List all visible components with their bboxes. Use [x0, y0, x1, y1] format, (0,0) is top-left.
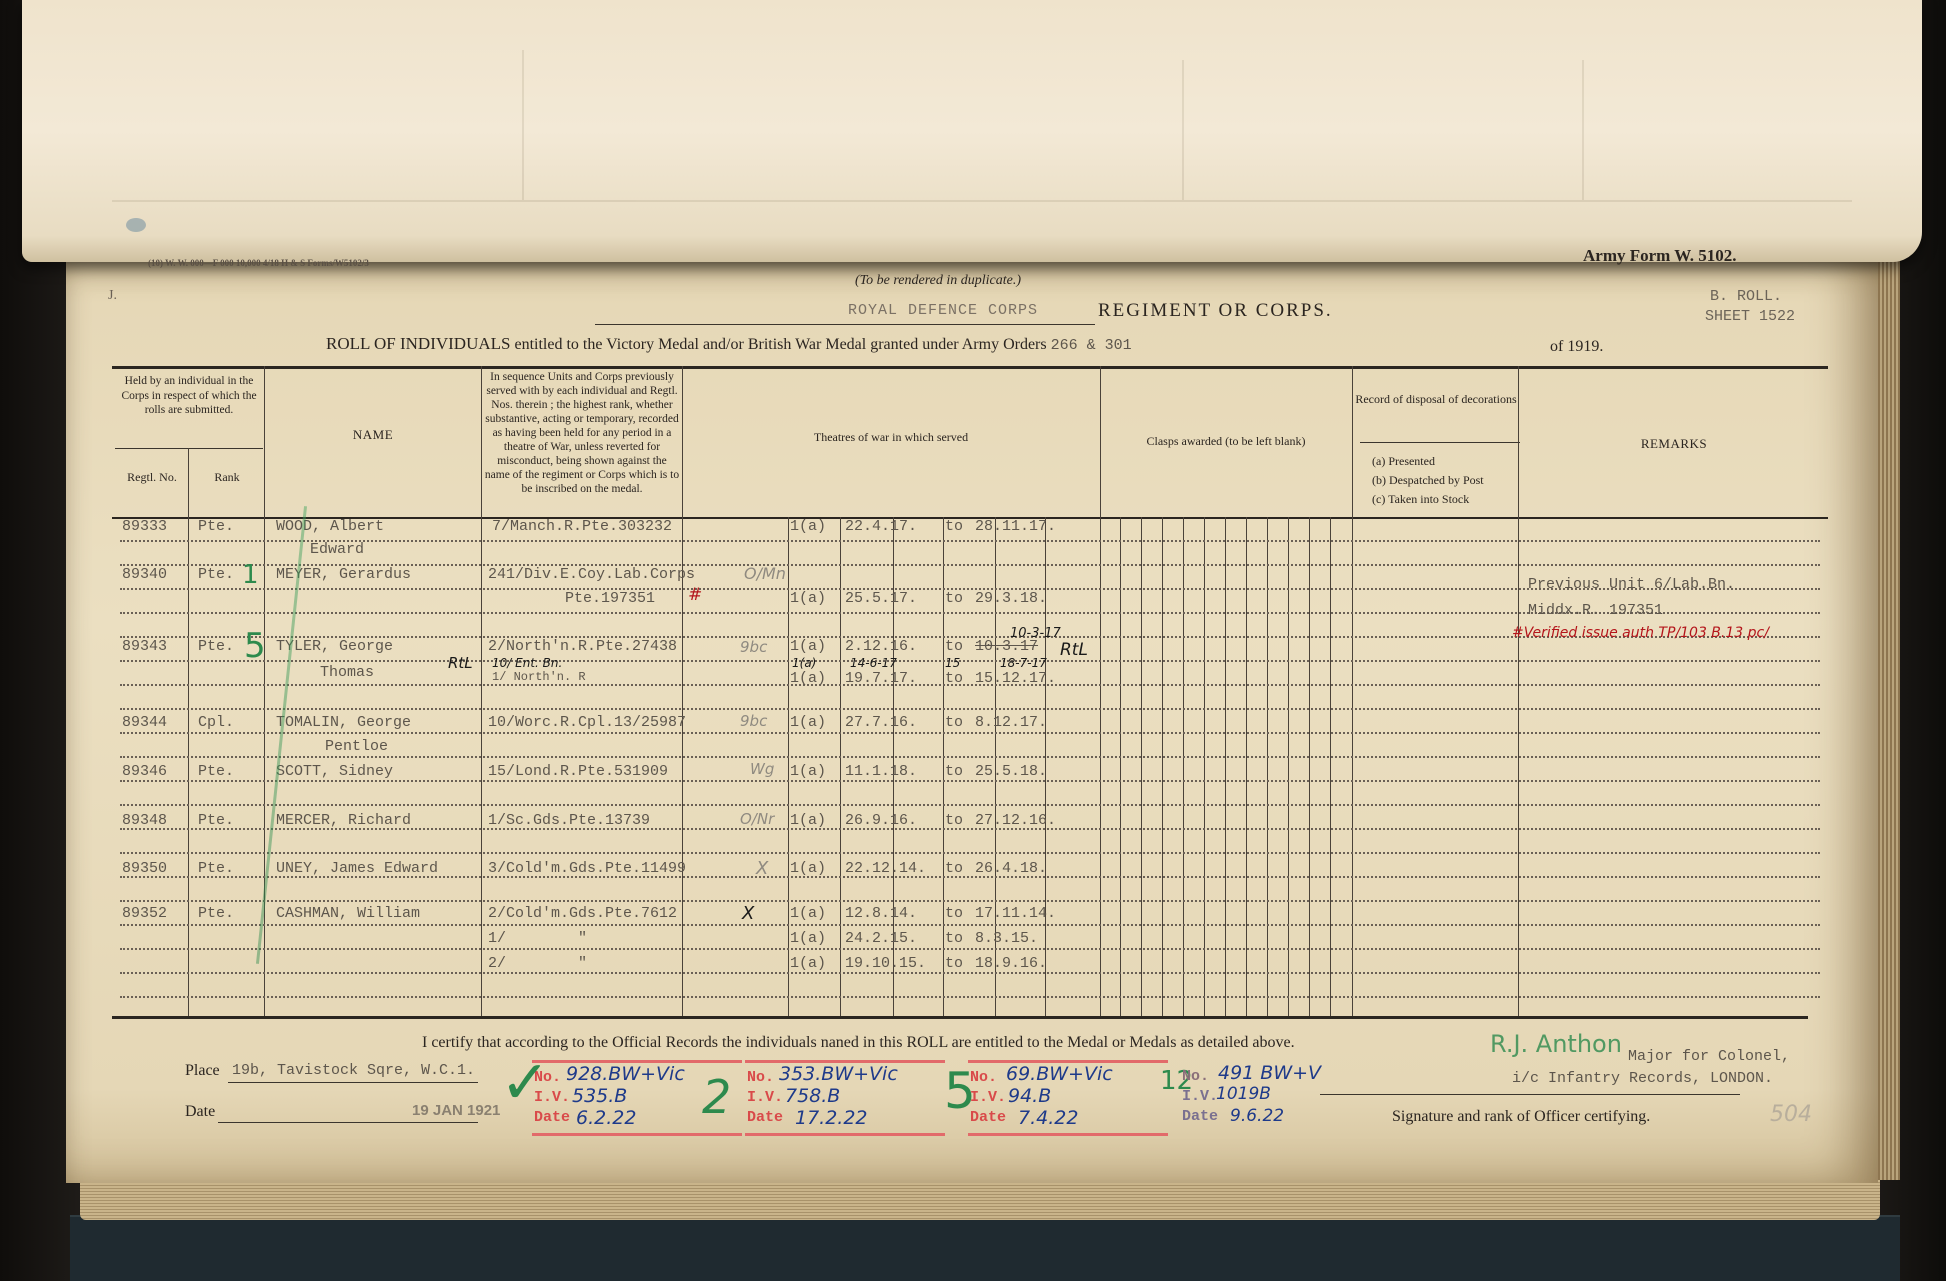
issue-stamp: No. I.V. Date 69.BW+Vic 94.B 7.4.22 — [968, 1060, 1168, 1136]
stamp-no: 491 BW+V — [1218, 1062, 1321, 1084]
rank-header: Rank — [190, 470, 264, 485]
service-from: 22.4.17. — [845, 518, 917, 535]
name-cont: Thomas — [320, 664, 374, 681]
row-guide — [120, 660, 1820, 662]
service-to: 8.3.15. — [975, 930, 1038, 947]
theatre: 1(a) — [790, 638, 826, 655]
stamp-iv: 758.B — [785, 1085, 840, 1107]
clasp-rule — [1330, 517, 1331, 1016]
to-label: to — [945, 590, 963, 607]
stamp-no: 928.BW+Vic — [566, 1063, 685, 1085]
unit-cont: 2/ " — [488, 955, 587, 972]
clasp-rule — [1225, 517, 1226, 1016]
initials: RtL — [1060, 640, 1088, 660]
rank: Cpl. — [198, 714, 234, 731]
row-guide — [120, 756, 1820, 758]
army-orders: 266 & 301 — [1051, 337, 1132, 354]
held-by-divider — [115, 448, 263, 449]
unit-cont: Pte.197351 — [565, 590, 655, 607]
regtl-no-header: Regtl. No. — [116, 470, 188, 485]
regtl-no: 89352 — [122, 905, 167, 922]
green-tally-mark: 5 — [244, 626, 266, 666]
service-to: 28.11.17. — [975, 518, 1056, 535]
stamp-date: 7.4.22 — [1018, 1107, 1078, 1129]
row-guide — [120, 804, 1820, 806]
row-guide — [120, 540, 1820, 542]
name-cont: Pentloe — [325, 738, 388, 755]
regtl-no: 89343 — [122, 638, 167, 655]
name: WOOD, Albert — [276, 518, 384, 535]
row-guide — [120, 900, 1820, 902]
theatre: 1(a) — [790, 955, 826, 972]
name: UNEY, James Edward — [276, 860, 438, 877]
signature-title-2: i/c Infantry Records, LONDON. — [1512, 1070, 1773, 1087]
service-to: 27.12.16. — [975, 812, 1056, 829]
theatre: 1(a) — [790, 714, 826, 731]
name: SCOTT, Sidney — [276, 763, 393, 780]
theatre-note: 1(a) — [792, 656, 816, 670]
disposal-mark: O/Mn — [744, 564, 786, 583]
page-number: 504 — [1770, 1102, 1812, 1127]
signature-caption: Signature and rank of Officer certifying… — [1392, 1108, 1650, 1126]
to-label: to — [945, 714, 963, 731]
stamp-no: 353.BW+Vic — [779, 1063, 898, 1085]
rank: Pte. — [198, 812, 234, 829]
service-to-correction: 10-3-17 — [1010, 626, 1061, 641]
initials: RtL — [448, 654, 473, 672]
theatres-header: Theatres of war in which served — [684, 430, 1098, 445]
disposal-divider — [1360, 442, 1520, 443]
name-cont: Edward — [310, 541, 364, 558]
clasp-rule — [1309, 517, 1310, 1016]
to-label: to — [945, 812, 963, 829]
officer-signature: R.J. Anthon — [1490, 1030, 1622, 1058]
service-from: 19.7.17. — [845, 670, 917, 687]
theatre: 1(a) — [790, 518, 826, 535]
clasp-rule — [1204, 517, 1205, 1016]
roll-title-rest: entitled to the Victory Medal and/or Bri… — [514, 336, 1046, 353]
to-label: to — [945, 763, 963, 780]
date-label: Date — [185, 1103, 215, 1121]
name: MERCER, Richard — [276, 812, 411, 829]
clasp-rule — [1267, 517, 1268, 1016]
theatre: 1(a) — [790, 590, 826, 607]
corps-underline — [595, 324, 1095, 325]
stamp-iv: 94.B — [1008, 1085, 1051, 1107]
row-guide — [120, 924, 1820, 926]
col-rule — [682, 366, 683, 1016]
theatre: 1(a) — [790, 812, 826, 829]
row-guide — [120, 732, 1820, 734]
disposal-option-c: (c) Taken into Stock — [1372, 492, 1469, 507]
unit-note: 10/ Ent. Bn. — [492, 656, 562, 670]
disposal-header: Record of disposal of decorations — [1354, 386, 1518, 412]
green-tally-mark: 1 — [242, 560, 259, 590]
unit-cont: 1/ " — [488, 930, 587, 947]
to-label: to — [945, 860, 963, 877]
stamp-date: 6.2.22 — [576, 1107, 636, 1129]
to-label: to — [945, 930, 963, 947]
stamp-date: 9.6.22 — [1230, 1106, 1284, 1126]
col-rule — [1352, 366, 1353, 1016]
row-guide — [120, 708, 1820, 710]
disposal-mark: Wg — [750, 760, 774, 778]
stamp-no: 69.BW+Vic — [1006, 1063, 1113, 1085]
service-from: 12.8.14. — [845, 905, 917, 922]
name: TOMALIN, George — [276, 714, 411, 731]
disposal-mark: 9bc — [740, 638, 767, 656]
to-label: to — [945, 518, 963, 535]
printer-line: (10) W. W. 000—F 000 10,000 4/18 H & S F… — [148, 258, 369, 268]
rank: Pte. — [198, 566, 234, 583]
service-from: 19.10.15. — [845, 955, 926, 972]
clasp-rule — [1141, 517, 1142, 1016]
previous-page — [22, 0, 1922, 262]
row-guide — [120, 972, 1820, 974]
theatre: 1(a) — [790, 930, 826, 947]
service-to: 8.12.17. — [975, 714, 1047, 731]
col-rule — [481, 366, 482, 1016]
to-date-note: 18-7-17 — [1000, 656, 1047, 670]
disposal-option-a: (a) Presented — [1372, 454, 1435, 469]
corps-label: REGIMENT OR CORPS. — [1098, 300, 1333, 322]
issue-stamp: No. I.V. Date 353.BW+Vic 758.B 17.2.22 — [745, 1060, 945, 1136]
table-top-rule — [112, 366, 1828, 369]
theatre: 1(a) — [790, 905, 826, 922]
col-rule — [264, 366, 265, 1016]
place-value: 19b, Tavistock Sqre, W.C.1. — [232, 1062, 475, 1079]
stamp-iv: 1019B — [1216, 1084, 1271, 1104]
unit: 2/Cold'm.Gds.Pte.7612 — [488, 905, 677, 922]
page-edges — [1878, 250, 1900, 1180]
unit: 241/Div.E.Coy.Lab.Corps — [488, 566, 695, 583]
service-from: 22.12.14. — [845, 860, 926, 877]
clasp-rule — [1120, 517, 1121, 1016]
verified-remark: #Verified issue auth TP/103 B.13 pc/ — [1512, 625, 1769, 641]
corner-mark: J. — [108, 288, 117, 304]
roll-title: ROLL OF INDIVIDUALS entitled to the Vict… — [326, 334, 1132, 354]
regtl-no: 89346 — [122, 763, 167, 780]
disposal-mark: O/Nr — [740, 810, 774, 828]
service-to: 17.11.14. — [975, 905, 1056, 922]
green-check-icon: ✓ — [500, 1048, 550, 1118]
place-underline — [228, 1082, 478, 1083]
to-label: to — [945, 638, 963, 655]
regtl-no: 89333 — [122, 518, 167, 535]
units-header: In sequence Units and Corps previously s… — [484, 370, 680, 496]
form-number: Army Form W. 5102. — [1583, 246, 1736, 266]
disposal-mark: X — [756, 858, 768, 879]
service-from: 2.12.16. — [845, 638, 917, 655]
service-to: 25.5.18. — [975, 763, 1047, 780]
corps-typed: ROYAL DEFENCE CORPS — [848, 302, 1038, 319]
to-note: 15 — [945, 656, 960, 670]
rank: Pte. — [198, 638, 234, 655]
pin-hole — [126, 218, 146, 232]
year: of 1919. — [1550, 338, 1603, 356]
col-rule — [1518, 366, 1519, 1016]
name: CASHMAN, William — [276, 905, 420, 922]
service-to: 29.3.18. — [975, 590, 1047, 607]
row-guide — [120, 996, 1820, 998]
col-rule — [840, 517, 841, 1016]
roll-type: B. ROLL. — [1710, 288, 1782, 305]
green-tally-mark: 2 — [702, 1070, 731, 1124]
duplicate-note: (To be rendered in duplicate.) — [855, 273, 1021, 289]
theatre: 1(a) — [790, 860, 826, 877]
clasp-rule — [1288, 517, 1289, 1016]
from-note: 14-6-17 — [850, 656, 897, 670]
clasp-rule — [1183, 517, 1184, 1016]
name-header: NAME — [266, 427, 480, 443]
row-guide — [120, 780, 1820, 782]
service-from: 27.7.16. — [845, 714, 917, 731]
service-from: 11.1.18. — [845, 763, 917, 780]
row-guide — [120, 948, 1820, 950]
book-cover — [70, 1215, 1900, 1281]
col-rule — [788, 517, 789, 1016]
to-label: to — [945, 955, 963, 972]
clasps-header: Clasps awarded (to be left blank) — [1102, 434, 1350, 449]
service-from: 26.9.16. — [845, 812, 917, 829]
service-to: 15.12.17. — [975, 670, 1056, 687]
rank: Pte. — [198, 905, 234, 922]
to-label: to — [945, 670, 963, 687]
stamp-date: 17.2.22 — [795, 1107, 868, 1129]
certification-statement: I certify that according to the Official… — [422, 1034, 1295, 1052]
col-rule — [1100, 366, 1101, 1016]
service-to: 26.4.18. — [975, 860, 1047, 877]
remarks: Previous Unit 6/Lab.Bn. — [1528, 576, 1735, 593]
unit: 2/North'n.R.Pte.27438 — [488, 638, 677, 655]
date-underline — [218, 1122, 478, 1123]
rank: Pte. — [198, 763, 234, 780]
remarks-header: REMARKS — [1520, 436, 1828, 452]
stamp-iv: 535.B — [572, 1085, 627, 1107]
row-guide — [120, 684, 1820, 686]
unit: 1/Sc.Gds.Pte.13739 — [488, 812, 650, 829]
regtl-no: 89348 — [122, 812, 167, 829]
roll-title-bold: ROLL OF INDIVIDUALS — [326, 334, 510, 353]
hash-mark: # — [688, 585, 702, 605]
issue-stamp: No. I.V. Date 491 BW+V 1019B 9.6.22 — [1180, 1062, 1380, 1132]
clasp-rule — [1162, 517, 1163, 1016]
regtl-no: 89340 — [122, 566, 167, 583]
theatre: 1(a) — [790, 670, 826, 687]
regtl-no: 89344 — [122, 714, 167, 731]
service-from: 24.2.15. — [845, 930, 917, 947]
held-by-header: Held by an individual in the Corps in re… — [116, 374, 262, 418]
disposal-mark: X — [742, 903, 754, 924]
service-to: 18.9.16. — [975, 955, 1047, 972]
show-through-ghost — [82, 20, 1882, 220]
row-guide — [120, 852, 1820, 854]
service-from: 25.5.17. — [845, 590, 917, 607]
remarks-cont: Middx.R. 197351 — [1528, 602, 1663, 619]
regtl-no: 89350 — [122, 860, 167, 877]
date-stamp: 19 JAN 1921 — [412, 1102, 500, 1119]
unit: 10/Worc.R.Cpl.13/25987 — [488, 714, 686, 731]
clasp-rule — [1246, 517, 1247, 1016]
name: TYLER, George — [276, 638, 393, 655]
disposal-option-b: (b) Despatched by Post — [1372, 473, 1484, 488]
rank: Pte. — [198, 860, 234, 877]
rank: Pte. — [198, 518, 234, 535]
signature-line — [1320, 1094, 1740, 1095]
sheet-number: SHEET 1522 — [1705, 308, 1795, 325]
table-bottom-rule — [112, 1016, 1808, 1019]
unit-cont: 1/ North'n. R — [492, 670, 586, 684]
unit: 3/Cold'm.Gds.Pte.11499 — [488, 860, 686, 877]
place-label: Place — [185, 1062, 220, 1080]
col-rule — [943, 517, 944, 1016]
to-label: to — [945, 905, 963, 922]
signature-title-1: Major for Colonel, — [1628, 1048, 1790, 1065]
disposal-mark: 9bc — [740, 712, 767, 730]
unit: 15/Lond.R.Pte.531909 — [488, 763, 668, 780]
theatre: 1(a) — [790, 763, 826, 780]
unit: 7/Manch.R.Pte.303232 — [492, 518, 672, 535]
